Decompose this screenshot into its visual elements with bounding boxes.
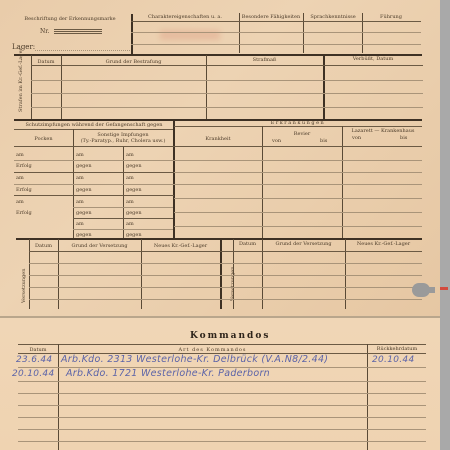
rule bbox=[131, 32, 421, 33]
rule bbox=[73, 207, 173, 208]
rule bbox=[31, 93, 423, 94]
rule bbox=[18, 344, 426, 345]
charaktereigenschaften-label: Charaktereigenschaften u. a. bbox=[135, 14, 235, 20]
versetzungen-col-lager: Neues Kr.-Gef.-Lager bbox=[141, 243, 220, 249]
rule bbox=[174, 172, 422, 173]
punched-hole-tear bbox=[423, 287, 435, 293]
kommando-row-1-rueckkehr: 20.10.44 bbox=[372, 355, 414, 365]
impf-gegen: gegen bbox=[76, 163, 92, 169]
rule bbox=[18, 441, 426, 442]
pocken-am: am bbox=[16, 152, 24, 158]
versetzungen-col-datum: Datum bbox=[29, 243, 58, 249]
impf-gegen: gegen bbox=[76, 210, 92, 216]
section-rule bbox=[16, 238, 422, 240]
rule bbox=[174, 212, 422, 213]
rule bbox=[18, 429, 426, 430]
erkrankungen-col-lazarett: Lazarett — Krankenhaus bbox=[342, 128, 424, 134]
divider bbox=[367, 344, 368, 450]
fuehrung-label: Führung bbox=[363, 14, 419, 20]
nr-label: Nr. bbox=[40, 29, 49, 35]
kommandos-title: Kommandos bbox=[190, 331, 270, 341]
nr-line bbox=[54, 29, 102, 30]
nr-line bbox=[54, 31, 102, 32]
versetzungen-col-datum-2: Datum bbox=[233, 241, 262, 247]
strafen-side-label: Strafen im Kr.-Gef.-Lager bbox=[18, 62, 24, 112]
rule bbox=[14, 184, 174, 185]
pocken-label: Pocken bbox=[14, 136, 73, 142]
versetzungen-side-label-left: Versetzungen bbox=[21, 243, 27, 303]
kommandos-col-rueckkehr: Rückkehrdatum bbox=[367, 346, 427, 352]
rule bbox=[18, 417, 426, 418]
kommando-row-1-datum: 23.6.44 bbox=[16, 355, 52, 365]
rule bbox=[174, 184, 422, 185]
scan-background-edge bbox=[440, 0, 450, 450]
sprachkenntnisse-label: Sprachkenntnisse bbox=[304, 14, 362, 20]
kommando-row-2-datum: 20.10.44 bbox=[12, 369, 54, 379]
rule bbox=[29, 287, 422, 288]
rule bbox=[18, 393, 426, 394]
divider bbox=[342, 126, 343, 238]
rule bbox=[29, 299, 422, 300]
rule bbox=[174, 226, 422, 227]
impf-am: am bbox=[76, 152, 84, 158]
impf-gegen: gegen bbox=[126, 210, 142, 216]
rule bbox=[174, 160, 422, 161]
divider bbox=[58, 344, 59, 450]
erkennungsmarke-label: Beschriftung der Erkennungsmarke bbox=[20, 16, 120, 22]
impf-am: am bbox=[76, 199, 84, 205]
sonstige-impfungen-sub: (Ty.-Paratyp., Ruhr, Cholera usw.) bbox=[73, 138, 173, 144]
rule bbox=[174, 146, 422, 147]
rule bbox=[14, 129, 174, 130]
faehigkeiten-label: Besondere Fähigkeiten bbox=[240, 14, 302, 20]
pocken-erfolg: Erfolg bbox=[16, 163, 32, 169]
lager-line bbox=[35, 50, 130, 51]
rule bbox=[174, 126, 422, 127]
revier-bis: bis bbox=[320, 138, 327, 144]
rule bbox=[29, 275, 422, 276]
red-tab-mark bbox=[440, 287, 448, 290]
versetzungen-col-lager-2: Neues Kr.-Gef.-Lager bbox=[345, 241, 422, 247]
kommando-row-1-art: Arb.Kdo. 2313 Westerlohe-Kr. Delbrück (V… bbox=[61, 354, 328, 365]
rule bbox=[29, 251, 422, 252]
divider bbox=[262, 126, 263, 238]
versetzungen-col-grund: Grund der Versetzung bbox=[58, 243, 141, 249]
impf-am: am bbox=[126, 152, 134, 158]
rule bbox=[131, 44, 421, 45]
lazarett-von: von bbox=[352, 135, 361, 141]
rule bbox=[31, 65, 423, 66]
rule bbox=[14, 146, 174, 147]
pocken-erfolg: Erfolg bbox=[16, 210, 32, 216]
nr-line bbox=[54, 33, 102, 34]
impf-am: am bbox=[126, 221, 134, 227]
rule bbox=[31, 80, 423, 81]
rule bbox=[14, 160, 174, 161]
impf-am: am bbox=[76, 175, 84, 181]
rule bbox=[73, 229, 173, 230]
rule bbox=[131, 21, 421, 22]
impf-am: am bbox=[76, 221, 84, 227]
rule bbox=[29, 263, 422, 264]
revier-von: von bbox=[272, 138, 281, 144]
impf-am: am bbox=[126, 175, 134, 181]
rule bbox=[14, 195, 174, 196]
rule bbox=[174, 198, 422, 199]
erkrankungen-col-revier: Revier bbox=[262, 131, 342, 137]
pocken-am: am bbox=[16, 199, 24, 205]
erkrankungen-col-krankheit: Krankheit bbox=[174, 136, 262, 142]
impf-gegen: gegen bbox=[126, 187, 142, 193]
rule bbox=[73, 218, 173, 219]
rule bbox=[31, 107, 423, 108]
impf-gegen: gegen bbox=[76, 187, 92, 193]
kommando-row-2-art: Arb.Kdo. 1721 Westerlohe-Kr. Paderborn bbox=[66, 368, 270, 379]
impf-gegen: gegen bbox=[126, 163, 142, 169]
impfungen-title: Schutzimpfungen während der Gefangenscha… bbox=[14, 122, 174, 128]
strafen-col-verbuesst: Verbüßt, Datum bbox=[323, 56, 423, 62]
lazarett-bis: bis bbox=[400, 135, 407, 141]
strafen-col-strafmass: Strafmaß bbox=[206, 57, 323, 63]
pocken-am: am bbox=[16, 175, 24, 181]
rule bbox=[18, 405, 426, 406]
rule bbox=[18, 381, 426, 382]
rule bbox=[14, 172, 174, 173]
impf-am: am bbox=[126, 199, 134, 205]
versetzungen-col-grund-2: Grund der Versetzung bbox=[262, 241, 345, 247]
pocken-erfolg: Erfolg bbox=[16, 187, 32, 193]
